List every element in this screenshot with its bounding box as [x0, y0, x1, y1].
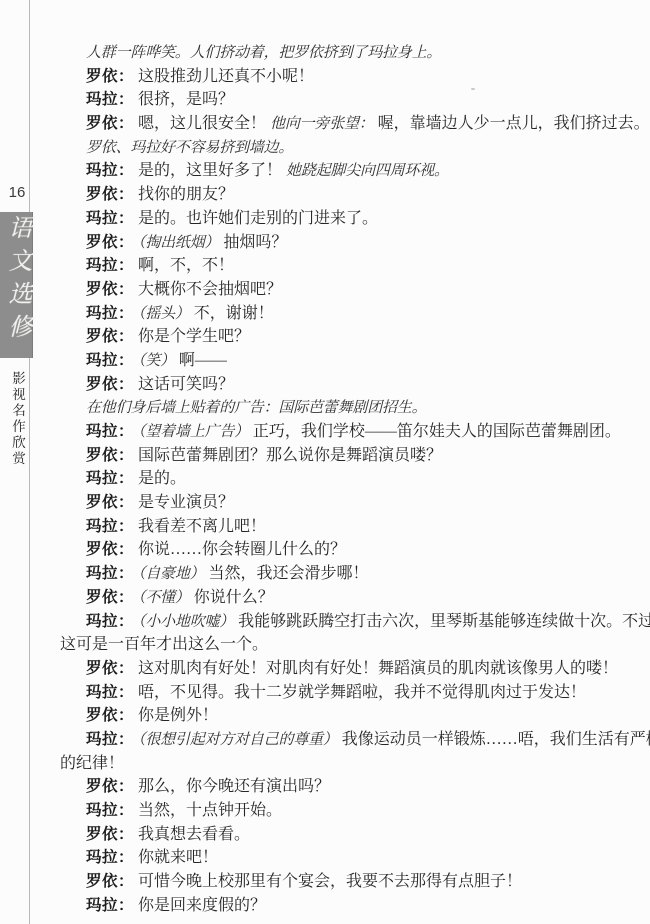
- script-text: 人群一阵哗笑。人们挤动着，把罗依挤到了玛拉身上。罗依：这股推劲儿还真不小呢！玛拉…: [60, 41, 620, 917]
- dialogue-text: 你说……你会转圈儿什么的？: [138, 541, 346, 558]
- dialogue-line: 玛拉：（自豪地）当然，我还会滑步哪！: [60, 562, 620, 586]
- dialogue-line: 罗依：（掏出纸烟）抽烟吗？: [60, 231, 620, 255]
- speaker-name: 玛拉：: [86, 897, 134, 914]
- dialogue-line: 玛拉：你是回来度假的？: [60, 894, 620, 918]
- dialogue-text: 喔，靠墙边人少一点儿，我们挤过去。: [378, 115, 650, 132]
- dialogue-continuation-line: 的纪律！: [60, 752, 620, 776]
- speaker-name: 罗依：: [86, 494, 134, 511]
- dialogue-text: 这对肌肉有好处！对肌肉有好处！舞蹈演员的肌肉就该像男人的喽！: [138, 660, 618, 677]
- dialogue-text: 大概你不会抽烟吧？: [138, 281, 282, 298]
- page-number: 16: [5, 184, 29, 201]
- stage-direction: （很想引起对方对自己的尊重）: [138, 732, 338, 748]
- dialogue-line: 罗依：你说……你会转圈儿什么的？: [60, 538, 620, 562]
- stage-direction: （小小地吹嘘）: [138, 614, 234, 630]
- dialogue-continuation-line: 这可是一百年才出这么一个。: [60, 633, 620, 657]
- speaker-name: 罗依：: [86, 281, 134, 298]
- dialogue-text: 国际芭蕾舞剧团？那么说你是舞蹈演员喽？: [138, 447, 442, 464]
- speaker-name: 罗依：: [86, 660, 134, 677]
- dialogue-text: 当然，十点钟开始。: [138, 802, 282, 819]
- dialogue-line: 罗依：是专业演员？: [60, 491, 620, 515]
- stage-direction: （不懂）: [138, 590, 190, 606]
- volume-title: 影视名作欣赏: [8, 371, 26, 467]
- dialogue-text: 这可是一百年才出这么一个。: [60, 636, 268, 653]
- dialogue-text: 啊，不，不！: [138, 257, 234, 274]
- speaker-name: 罗依：: [86, 707, 134, 724]
- dialogue-line: 玛拉：（摇头）不，谢谢！: [60, 302, 620, 326]
- dialogue-line: 罗依：可惜今晚上校那里有个宴会，我要不去那得有点胆子！: [60, 870, 620, 894]
- speaker-name: 玛拉：: [86, 613, 134, 630]
- dialogue-text: 嗯，这儿很安全！: [138, 115, 266, 132]
- dialogue-line: 罗依：（不懂）你说什么？: [60, 586, 620, 610]
- dialogue-text: 我看差不离儿吧！: [138, 518, 266, 535]
- speaker-name: 罗依：: [86, 873, 134, 890]
- dialogue-text: 唔，不见得。我十二岁就学舞蹈啦，我并不觉得肌肉过于发达！: [138, 684, 586, 701]
- dialogue-text: 那么，你今晚还有演出吗？: [138, 778, 330, 795]
- dialogue-line: 玛拉：你就来吧！: [60, 846, 620, 870]
- stage-direction: （望着墙上广告）: [138, 424, 249, 440]
- dialogue-text: 不，谢谢！: [194, 305, 274, 322]
- dialogue-line: 罗依：那么，你今晚还有演出吗？: [60, 775, 620, 799]
- series-title: 语文选修: [0, 212, 33, 358]
- stage-direction: （摇头）: [138, 306, 190, 322]
- dialogue-line: 玛拉：是的，这里好多了！她跷起脚尖向四周环视。: [60, 159, 620, 183]
- dialogue-line: 玛拉：是的。也许她们走别的门进来了。: [60, 207, 620, 231]
- speaker-name: 罗依：: [86, 376, 134, 393]
- speaker-name: 玛拉：: [86, 352, 134, 369]
- dialogue-text: 当然，我还会滑步哪！: [209, 565, 369, 582]
- dialogue-line: 玛拉：（小小地吹嘘）我能够跳跃腾空打击六次，里琴斯基能够连续做十次。不过，: [60, 610, 620, 634]
- dialogue-line: 玛拉：我看差不离儿吧！: [60, 515, 620, 539]
- dialogue-line: 罗依：这话可笑吗？: [60, 373, 620, 397]
- dialogue-line: 罗依：你是例外！: [60, 704, 620, 728]
- dialogue-text: 我能够跳跃腾空打击六次，里琴斯基能够连续做十次。不过，: [238, 613, 650, 630]
- dialogue-text: 找你的朋友？: [138, 186, 234, 203]
- book-page: 16 语文选修 影视名作欣赏 人群一阵哗笑。人们挤动着，把罗依挤到了玛拉身上。罗…: [0, 0, 650, 924]
- speaker-name: 罗依：: [86, 826, 134, 843]
- speaker-name: 玛拉：: [86, 731, 134, 748]
- speaker-name: 玛拉：: [86, 470, 134, 487]
- dialogue-text: 我像运动员一样锻炼……唔，我们生活有严格: [342, 731, 650, 748]
- speaker-name: 玛拉：: [86, 257, 134, 274]
- stage-direction: 他向一旁张望：: [270, 116, 374, 132]
- speaker-name: 玛拉：: [86, 849, 134, 866]
- stage-direction: 罗依、玛拉好不容易挤到墙边。: [86, 140, 293, 156]
- dialogue-text: 你是例外！: [138, 707, 218, 724]
- stage-direction: 在他们身后墙上贴着的广告：国际芭蕾舞剧团招生。: [86, 400, 426, 416]
- speaker-name: 玛拉：: [86, 518, 134, 535]
- dialogue-line: 罗依：国际芭蕾舞剧团？那么说你是舞蹈演员喽？: [60, 444, 620, 468]
- dialogue-text: 是的。也许她们走别的门进来了。: [138, 210, 378, 227]
- stage-direction: （笑）: [138, 353, 175, 369]
- speaker-name: 罗依：: [86, 68, 134, 85]
- dialogue-line: 玛拉：（望着墙上广告）正巧，我们学校——笛尔娃夫人的国际芭蕾舞剧团。: [60, 420, 620, 444]
- speaker-name: 罗依：: [86, 447, 134, 464]
- stage-direction-line: 人群一阵哗笑。人们挤动着，把罗依挤到了玛拉身上。: [60, 41, 620, 65]
- dialogue-text: 这话可笑吗？: [138, 376, 234, 393]
- speaker-name: 罗依：: [86, 589, 134, 606]
- speaker-name: 罗依：: [86, 186, 134, 203]
- stage-direction: 她跷起脚尖向四周环视。: [286, 163, 449, 179]
- speaker-name: 玛拉：: [86, 91, 134, 108]
- speaker-name: 罗依：: [86, 541, 134, 558]
- dialogue-line: 罗依：这对肌肉有好处！对肌肉有好处！舞蹈演员的肌肉就该像男人的喽！: [60, 657, 620, 681]
- dialogue-text: 是的。: [138, 470, 186, 487]
- dialogue-text: 啊——: [179, 352, 227, 369]
- dialogue-text: 你是回来度假的？: [138, 897, 266, 914]
- dialogue-line: 玛拉：当然，十点钟开始。: [60, 799, 620, 823]
- dialogue-line: 玛拉：（笑）啊——: [60, 349, 620, 373]
- speaker-name: 玛拉：: [86, 684, 134, 701]
- speaker-name: 玛拉：: [86, 423, 134, 440]
- stage-direction: （掏出纸烟）: [138, 235, 219, 251]
- dialogue-text: 是的，这里好多了！: [138, 162, 282, 179]
- dialogue-line: 玛拉：很挤，是吗？: [60, 88, 620, 112]
- dialogue-line: 罗依：你是个学生吧？: [60, 325, 620, 349]
- dialogue-line: 罗依：找你的朋友？: [60, 183, 620, 207]
- dialogue-text: 的纪律！: [60, 755, 124, 772]
- dialogue-line: 玛拉：（很想引起对方对自己的尊重）我像运动员一样锻炼……唔，我们生活有严格: [60, 728, 620, 752]
- speaker-name: 玛拉：: [86, 305, 134, 322]
- stage-direction: （自豪地）: [138, 566, 205, 582]
- stage-direction-line: 罗依、玛拉好不容易挤到墙边。: [60, 136, 620, 160]
- dialogue-text: 是专业演员？: [138, 494, 234, 511]
- dialogue-line: 玛拉：啊，不，不！: [60, 254, 620, 278]
- dialogue-text: 正巧，我们学校——笛尔娃夫人的国际芭蕾舞剧团。: [253, 423, 621, 440]
- speaker-name: 玛拉：: [86, 565, 134, 582]
- speaker-name: 罗依：: [86, 234, 134, 251]
- dialogue-text: 抽烟吗？: [223, 234, 287, 251]
- dialogue-line: 玛拉：唔，不见得。我十二岁就学舞蹈啦，我并不觉得肌肉过于发达！: [60, 681, 620, 705]
- stage-direction-line: 在他们身后墙上贴着的广告：国际芭蕾舞剧团招生。: [60, 396, 620, 420]
- dialogue-text: 你就来吧！: [138, 849, 218, 866]
- speaker-name: 玛拉：: [86, 210, 134, 227]
- dialogue-line: 罗依：大概你不会抽烟吧？: [60, 278, 620, 302]
- dialogue-text: 你说什么？: [194, 589, 274, 606]
- dialogue-text: 这股推劲儿还真不小呢！: [138, 68, 314, 85]
- dialogue-line: 罗依：这股推劲儿还真不小呢！: [60, 65, 620, 89]
- series-title-block: 语文选修: [0, 212, 33, 358]
- spine-margin-rule: [29, 0, 30, 924]
- dialogue-text: 我真想去看看。: [138, 826, 250, 843]
- speaker-name: 罗依：: [86, 115, 134, 132]
- dialogue-line: 罗依：嗯，这儿很安全！他向一旁张望：喔，靠墙边人少一点儿，我们挤过去。: [60, 112, 620, 136]
- dialogue-text: 你是个学生吧？: [138, 328, 250, 345]
- speaker-name: 罗依：: [86, 328, 134, 345]
- speaker-name: 玛拉：: [86, 802, 134, 819]
- speaker-name: 罗依：: [86, 778, 134, 795]
- stage-direction: 人群一阵哗笑。人们挤动着，把罗依挤到了玛拉身上。: [86, 45, 441, 61]
- dialogue-text: 很挤，是吗？: [138, 91, 234, 108]
- dialogue-text: 可惜今晚上校那里有个宴会，我要不去那得有点胆子！: [138, 873, 522, 890]
- speaker-name: 玛拉：: [86, 162, 134, 179]
- dialogue-line: 罗依：我真想去看看。: [60, 823, 620, 847]
- dialogue-line: 玛拉：是的。: [60, 467, 620, 491]
